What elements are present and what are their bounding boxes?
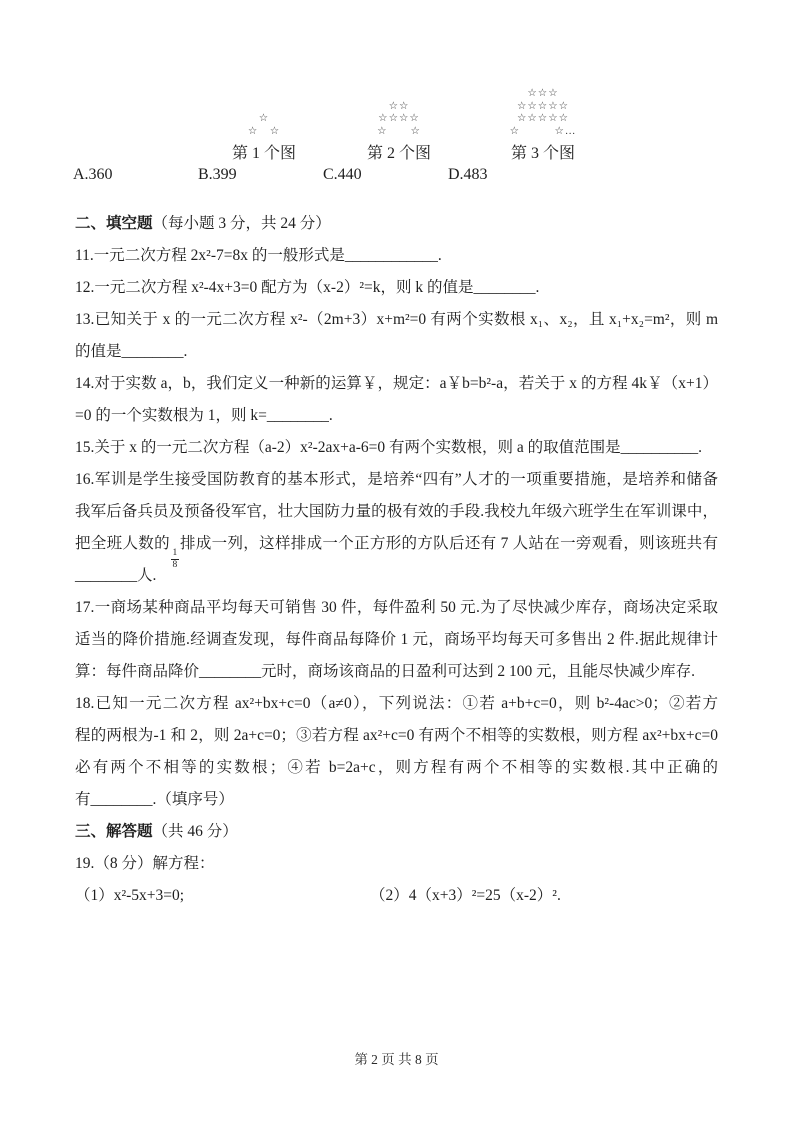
section-fill-in-title: 二、填空题（每小题 3 分，共 24 分） — [75, 208, 718, 240]
fraction-one-eighth: 18 — [171, 548, 179, 570]
question-16-line3-pre: 把全班人数的 — [75, 535, 170, 552]
option-d: D.483 — [448, 166, 573, 208]
question-12: 12.一元二次方程 x²-4x+3=0 配方为（x-2）²=k，则 k 的值是_… — [75, 272, 718, 304]
question-16-line3-post: 排成一列，这样排成一个正方形的方队后还有 7 人站在一旁观看，则该班共有 — [180, 535, 718, 552]
star-row: ☆ ☆ — [367, 126, 431, 139]
star-row: ☆☆ — [367, 101, 431, 114]
question-18-line2: 程的两根为-1 和 2，则 2a+c=0；③若方程 ax²+c=0 有两个不相等… — [75, 720, 718, 752]
star-row: ☆ ☆… — [510, 126, 577, 139]
question-17-line2: 适当的降价措施.经调查发现，每件商品每降价 1 元，商场平均每天可多售出 2 件… — [75, 624, 718, 656]
page-footer: 第 2 页 共 8 页 — [0, 1048, 793, 1068]
question-19: 19.（8 分）解方程： — [75, 848, 718, 880]
star-row: ☆☆☆☆☆ — [510, 101, 577, 114]
question-19-eq1: （1）x²-5x+3=0; — [75, 880, 370, 912]
question-13-line1: 13.已知关于 x 的一元二次方程 x²-（2m+3）x+m²=0 有两个实数根… — [75, 304, 718, 336]
section-solve-title: 三、解答题（共 46 分） — [75, 816, 718, 848]
question-16-line1: 16.军训是学生接受国防教育的基本形式，是培养“四有”人才的一项重要措施，是培养… — [75, 464, 718, 496]
option-c: C.440 — [323, 166, 448, 208]
star-row: ☆ ☆ — [232, 126, 296, 139]
figure-3: ☆☆☆ ☆☆☆☆☆ ☆☆☆☆☆ ☆ ☆… 第 3 个图 — [510, 88, 577, 164]
question-19-eq2: （2）4（x+3）²=25（x-2）². — [370, 887, 561, 904]
star-row: ☆☆☆☆ — [367, 113, 431, 126]
section-fill-in-title-bold: 二、填空题 — [75, 215, 153, 232]
option-b: B.399 — [198, 166, 323, 208]
star-row: ☆ — [232, 113, 296, 126]
exam-body: 二、填空题（每小题 3 分，共 24 分） 11.一元二次方程 2x²-7=8x… — [0, 208, 718, 912]
question-17-line1: 17.一商场某种商品平均每天可销售 30 件，每件盈利 50 元.为了尽快减少库… — [75, 592, 718, 624]
section-solve-title-bold: 三、解答题 — [75, 823, 153, 840]
question-14-line2: =0 的一个实数根为 1，则 k=________. — [75, 400, 718, 432]
figure-1: ☆ ☆ ☆ 第 1 个图 — [232, 113, 296, 164]
question10-figures: ☆ ☆ ☆ 第 1 个图 ☆☆ ☆☆☆☆ ☆ ☆ 第 2 个图 ☆☆☆ ☆☆☆☆… — [0, 0, 793, 166]
question-18-line4: 有________.（填序号） — [75, 784, 718, 816]
question-13-line2: 的值是________. — [75, 336, 718, 368]
figure-1-caption: 第 1 个图 — [232, 144, 296, 164]
question-18-line1: 18.已知一元二次方程 ax²+bx+c=0（a≠0），下列说法：①若 a+b+… — [75, 688, 718, 720]
star-row: ☆☆☆ — [510, 88, 577, 101]
section-fill-in-title-note: （每小题 3 分，共 24 分） — [153, 215, 331, 232]
section-solve-title-note: （共 46 分） — [153, 823, 238, 840]
question-15: 15.关于 x 的一元二次方程（a-2）x²-2ax+a-6=0 有两个实数根，… — [75, 432, 718, 464]
question-19-equations: （1）x²-5x+3=0;（2）4（x+3）²=25（x-2）². — [75, 880, 718, 912]
question-16-line2: 我军后备兵员及预备役军官，壮大国防力量的极有效的手段.我校九年级六班学生在军训课… — [75, 496, 718, 528]
figure-2-caption: 第 2 个图 — [367, 144, 431, 164]
figure-2: ☆☆ ☆☆☆☆ ☆ ☆ 第 2 个图 — [367, 101, 431, 165]
star-row: ☆☆☆☆☆ — [510, 113, 577, 126]
fraction-denominator: 8 — [172, 560, 177, 570]
figure-3-caption: 第 3 个图 — [510, 144, 577, 164]
question-16-line3: 把全班人数的18排成一列，这样排成一个正方形的方队后还有 7 人站在一旁观看，则… — [75, 528, 718, 560]
exam-page: ☆ ☆ ☆ 第 1 个图 ☆☆ ☆☆☆☆ ☆ ☆ 第 2 个图 ☆☆☆ ☆☆☆☆… — [0, 0, 793, 1122]
fraction-numerator: 1 — [171, 548, 179, 560]
option-a: A.360 — [73, 166, 198, 208]
question-18-line3: 必有两个不相等的实数根；④若 b=2a+c，则方程有两个不相等的实数根.其中正确… — [75, 752, 718, 784]
question-14-line1: 14.对于实数 a，b，我们定义一种新的运算￥，规定：a￥b=b²-a，若关于 … — [75, 368, 718, 400]
question-11: 11.一元二次方程 2x²-7=8x 的一般形式是____________. — [75, 240, 718, 272]
question10-options: A.360 B.399 C.440 D.483 — [0, 166, 793, 208]
question-17-line3: 算：每件商品降价________元时，商场该商品的日盈利可达到 2 100 元，… — [75, 656, 718, 688]
